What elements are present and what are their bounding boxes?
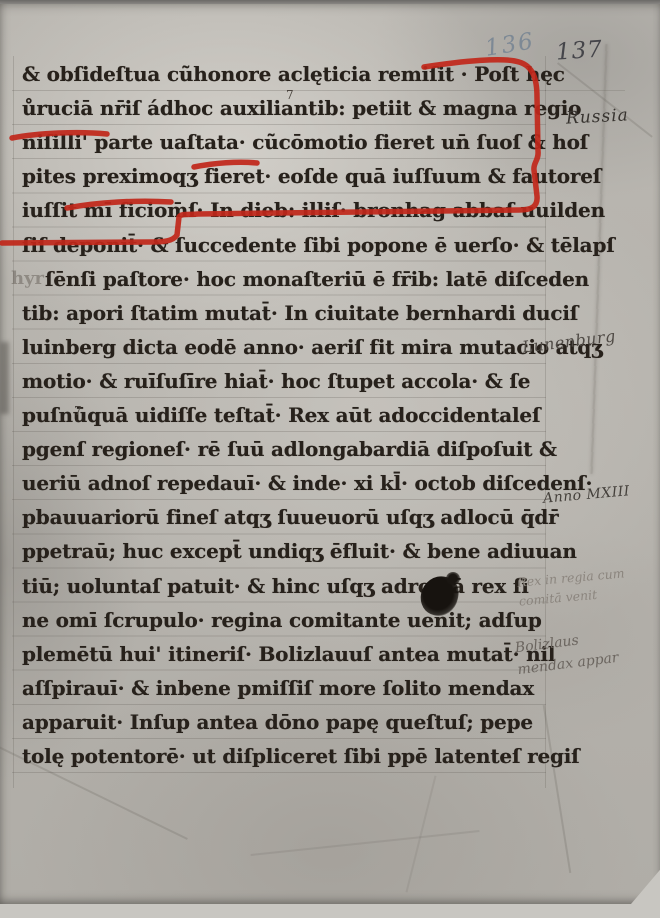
manuscript-line: tolę potentorē· ut diſpliceret ſibi ppē … [22, 744, 580, 768]
margin-note-russia: Russia [566, 105, 630, 128]
correction-mark: 7 [286, 88, 294, 102]
manuscript-line: pites preximoqʒ fieret· eoſde quā iuſſuu… [22, 164, 601, 188]
manuscript-line: & obſideſtua cũhonore aclęticia remiſit … [22, 62, 565, 86]
manuscript-line: aſſpirauī· & inbene pmiſſiſ more ſolito … [22, 676, 534, 700]
correction-mark: 7 [74, 404, 82, 418]
manuscript-line: plemētū hui' itineriſ· Bolizlauuſ antea … [22, 642, 555, 666]
manuscript-line: puſnūquā uidiſſe teſtat̄· Rex aūt adocci… [22, 403, 540, 427]
manuscript-line: ppetraū; huc except̄ undiqʒ ēfluit· & be… [22, 539, 577, 563]
manuscript-line: pbauuariorū fineſ atqʒ ſuueuorū uſqʒ adl… [22, 505, 558, 529]
manuscript-photo: 136 137 & obſideſtua cũhonore aclęticia … [0, 0, 660, 918]
manuscript-line: tib: apori ſtatim mutat̄· In ciuitate be… [22, 301, 578, 325]
manuscript-line: ueriū adnoſ repedauī· & inde· xi kl̄· oc… [22, 471, 592, 495]
manuscript-line: ne omī ſcrupulo· regina comitante uenit;… [22, 608, 542, 632]
manuscript-line: iuſſit mī ficiom̄ſ· In dieb: illiſ· bron… [22, 198, 605, 222]
manuscript-line: ſēnſi paſtore· hoc monaſteriū ē fr̄ib: l… [45, 267, 589, 291]
manuscript-line: motio· & ruīſuſīre hiat̄· hoc ſtupet acc… [22, 369, 530, 393]
manuscript-line: niſilli' parte uaſtata· cũcōmotio fieret… [22, 130, 588, 154]
manuscript-line: pgenſ regioneſ· rē ſuū adlongabardiā diſ… [22, 437, 557, 461]
manuscript-line: luinberg dicta eodē anno· aeriſ fit mira… [22, 335, 602, 359]
parchment-page: 136 137 & obſideſtua cũhonore aclęticia … [0, 4, 660, 904]
ink-blot-satellite [446, 572, 460, 585]
manuscript-line: apparuit· Inſup antea dōno papę queſtuſ;… [22, 710, 533, 734]
text-block: & obſideſtua cũhonore aclęticia remiſit … [0, 4, 660, 918]
manuscript-line: ůruciā nr̄iſ ádhoc auxiliantib: petiit &… [22, 96, 581, 120]
faint-marginal-word: hyr [11, 268, 44, 289]
manuscript-line: ſiſ deponit̄· & ſuccedente ſibi popone ē… [22, 233, 615, 257]
